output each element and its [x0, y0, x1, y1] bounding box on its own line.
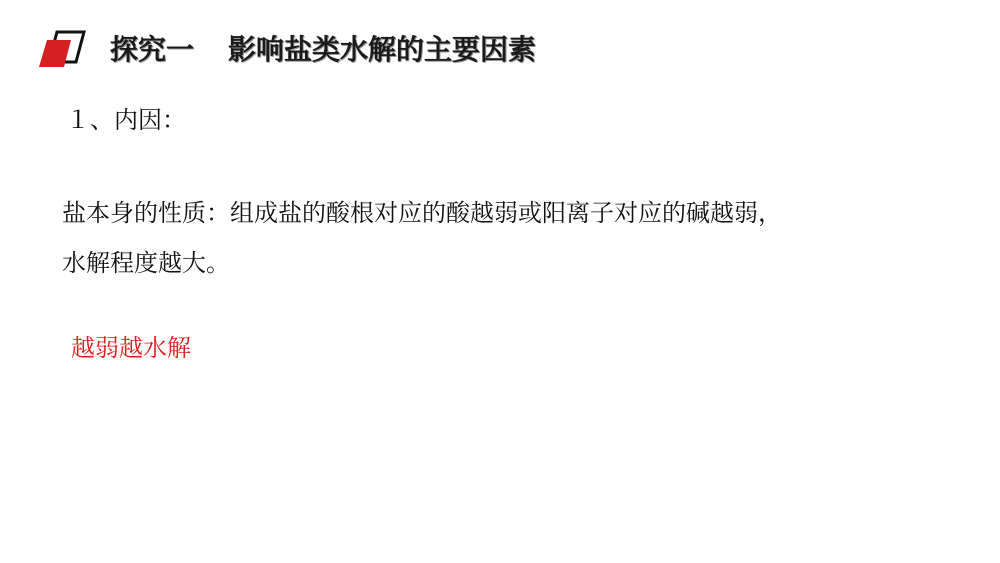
slide: 探究一影响盐类水解的主要因素 １、内因： 盐本身的性质：组成盐的酸根对应的酸越弱…	[0, 0, 1000, 563]
highlight-rule: 越弱越水解	[71, 330, 191, 366]
topic-title: 影响盐类水解的主要因素	[228, 33, 536, 66]
body-line: 水解程度越大。	[62, 238, 962, 288]
subheading-internal-cause: １、内因：	[66, 103, 186, 137]
slide-title: 探究一影响盐类水解的主要因素	[110, 30, 536, 70]
body-paragraph: 盐本身的性质：组成盐的酸根对应的酸越弱或阳离子对应的碱越弱， 水解程度越大。	[62, 188, 962, 288]
body-line: 盐本身的性质：组成盐的酸根对应的酸越弱或阳离子对应的碱越弱，	[62, 188, 962, 238]
parallelogram-icon	[35, 29, 87, 69]
section-label: 探究一	[110, 33, 194, 66]
